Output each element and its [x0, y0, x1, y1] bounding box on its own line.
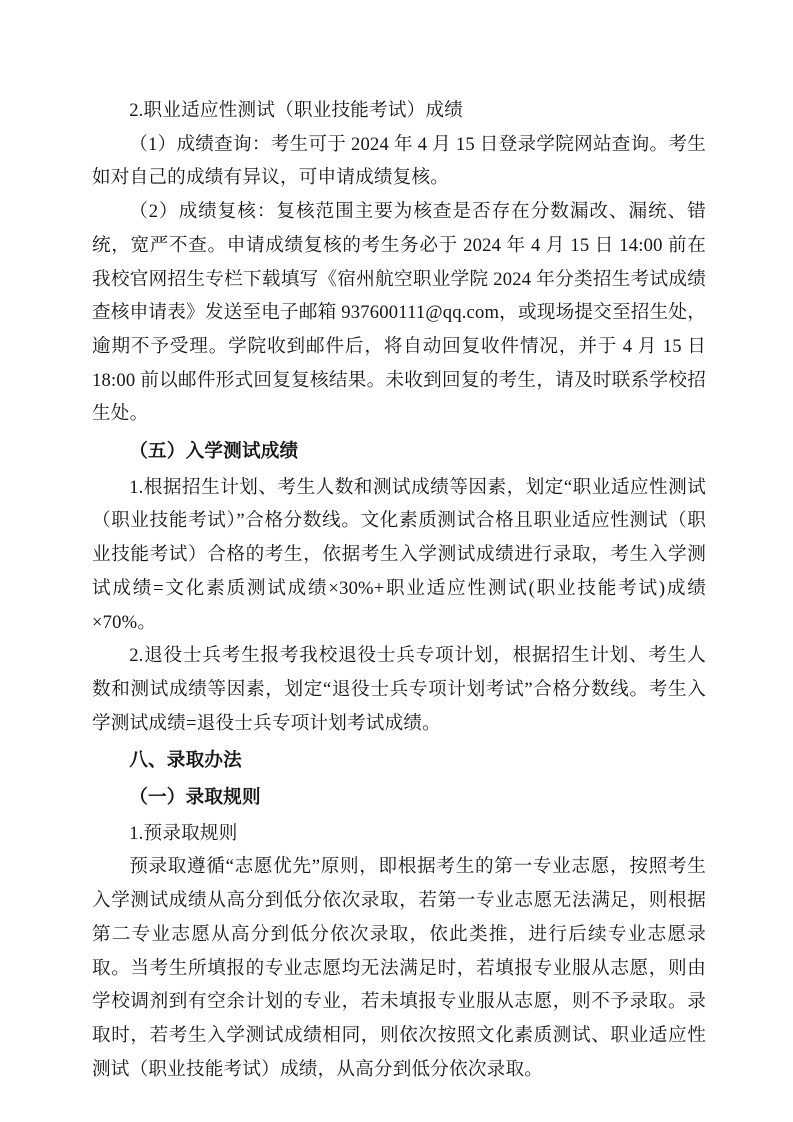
- section-heading: （一）录取规则: [92, 780, 706, 814]
- section-heading: （五）入学测试成绩: [92, 434, 706, 468]
- document-page: 2.职业适应性测试（职业技能考试）成绩 （1）成绩查询：考生可于 2024 年 …: [0, 0, 793, 1122]
- paragraph: （2）成绩复核：复核范围主要为核查是否存在分数漏改、漏统、错统，宽严不查。申请成…: [92, 195, 706, 431]
- paragraph: 2.退役士兵考生报考我校退役士兵专项计划，根据招生计划、考生人数和测试成绩等因素…: [92, 639, 706, 740]
- section-heading: 八、录取办法: [92, 743, 706, 777]
- document-content: 2.职业适应性测试（职业技能考试）成绩 （1）成绩查询：考生可于 2024 年 …: [92, 94, 706, 1086]
- paragraph: 2.职业适应性测试（职业技能考试）成绩: [92, 94, 706, 128]
- paragraph: 预录取遵循“志愿优先”原则，即根据考生的第一专业志愿，按照考生入学测试成绩从高分…: [92, 850, 706, 1086]
- paragraph: 1.根据招生计划、考生人数和测试成绩等因素，划定“职业适应性测试（职业技能考试）…: [92, 471, 706, 640]
- paragraph: （1）成绩查询：考生可于 2024 年 4 月 15 日登录学院网站查询。考生如…: [92, 128, 706, 195]
- paragraph: 1.预录取规则: [92, 817, 706, 851]
